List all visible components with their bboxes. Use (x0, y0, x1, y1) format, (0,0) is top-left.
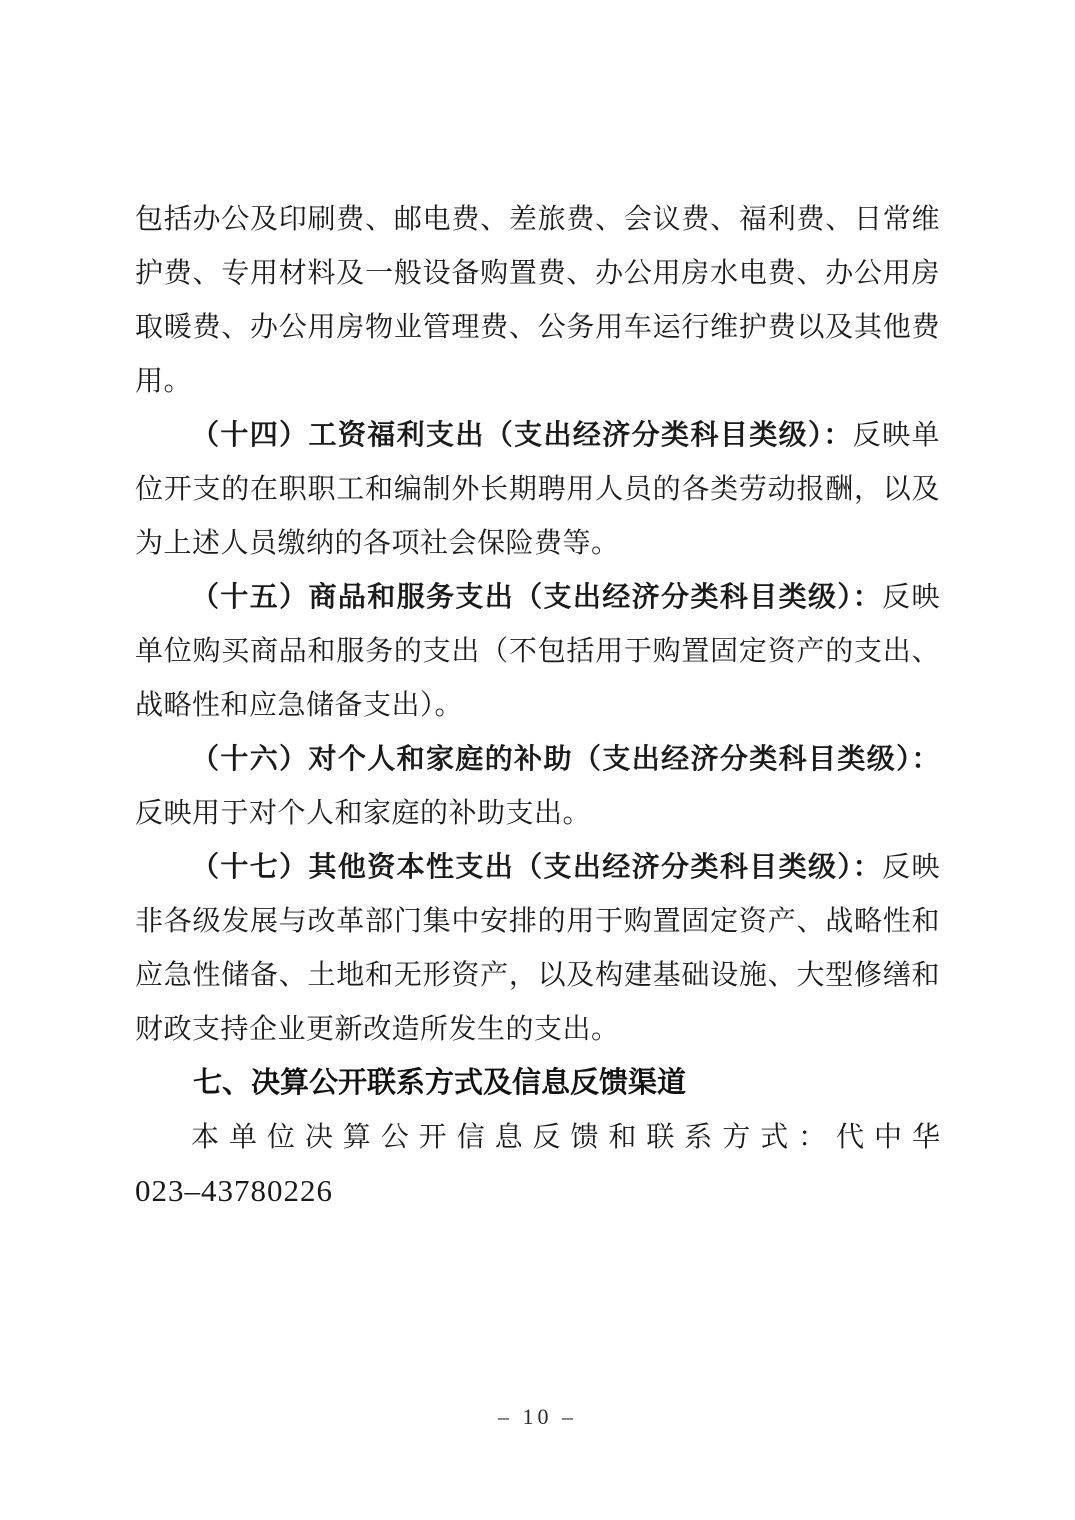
body-paragraph: 包括办公及印刷费、邮电费、差旅费、会议费、福利费、日常维护费、专用材料及一般设备… (135, 192, 940, 408)
paragraph-lead: （十四）工资福利支出（支出经济分类科目类级）： (191, 418, 853, 451)
body-paragraph: （十五）商品和服务支出（支出经济分类科目类级）：反映单位购买商品和服务的支出（不… (135, 570, 940, 732)
document-page: 包括办公及印刷费、邮电费、差旅费、会议费、福利费、日常维护费、专用材料及一般设备… (0, 0, 1075, 1520)
paragraph-lead: （十七）其他资本性支出（支出经济分类科目类级）： (191, 850, 882, 883)
body-paragraph: （十四）工资福利支出（支出经济分类科目类级）：反映单位开支的在职职工和编制外长期… (135, 408, 940, 570)
paragraph-text: 包括办公及印刷费、邮电费、差旅费、会议费、福利费、日常维护费、专用材料及一般设备… (135, 202, 940, 397)
section-heading: 七、决算公开联系方式及信息反馈渠道 (135, 1056, 940, 1110)
paragraph-text: 反映用于对个人和家庭的补助支出。 (135, 796, 591, 829)
contact-line: 本单位决算公开信息反馈和联系方式：代中华 (135, 1110, 940, 1164)
page-number: – 10 – (0, 1404, 1075, 1430)
body-paragraph: （十七）其他资本性支出（支出经济分类科目类级）：反映非各级发展与改革部门集中安排… (135, 840, 940, 1056)
body-paragraph: （十六）对个人和家庭的补助（支出经济分类科目类级）：反映用于对个人和家庭的补助支… (135, 732, 940, 840)
paragraph-lead: （十六）对个人和家庭的补助（支出经济分类科目类级）： (191, 742, 940, 775)
paragraph-lead: （十五）商品和服务支出（支出经济分类科目类级）： (191, 580, 882, 613)
phone-number: 023–43780226 (135, 1164, 940, 1218)
